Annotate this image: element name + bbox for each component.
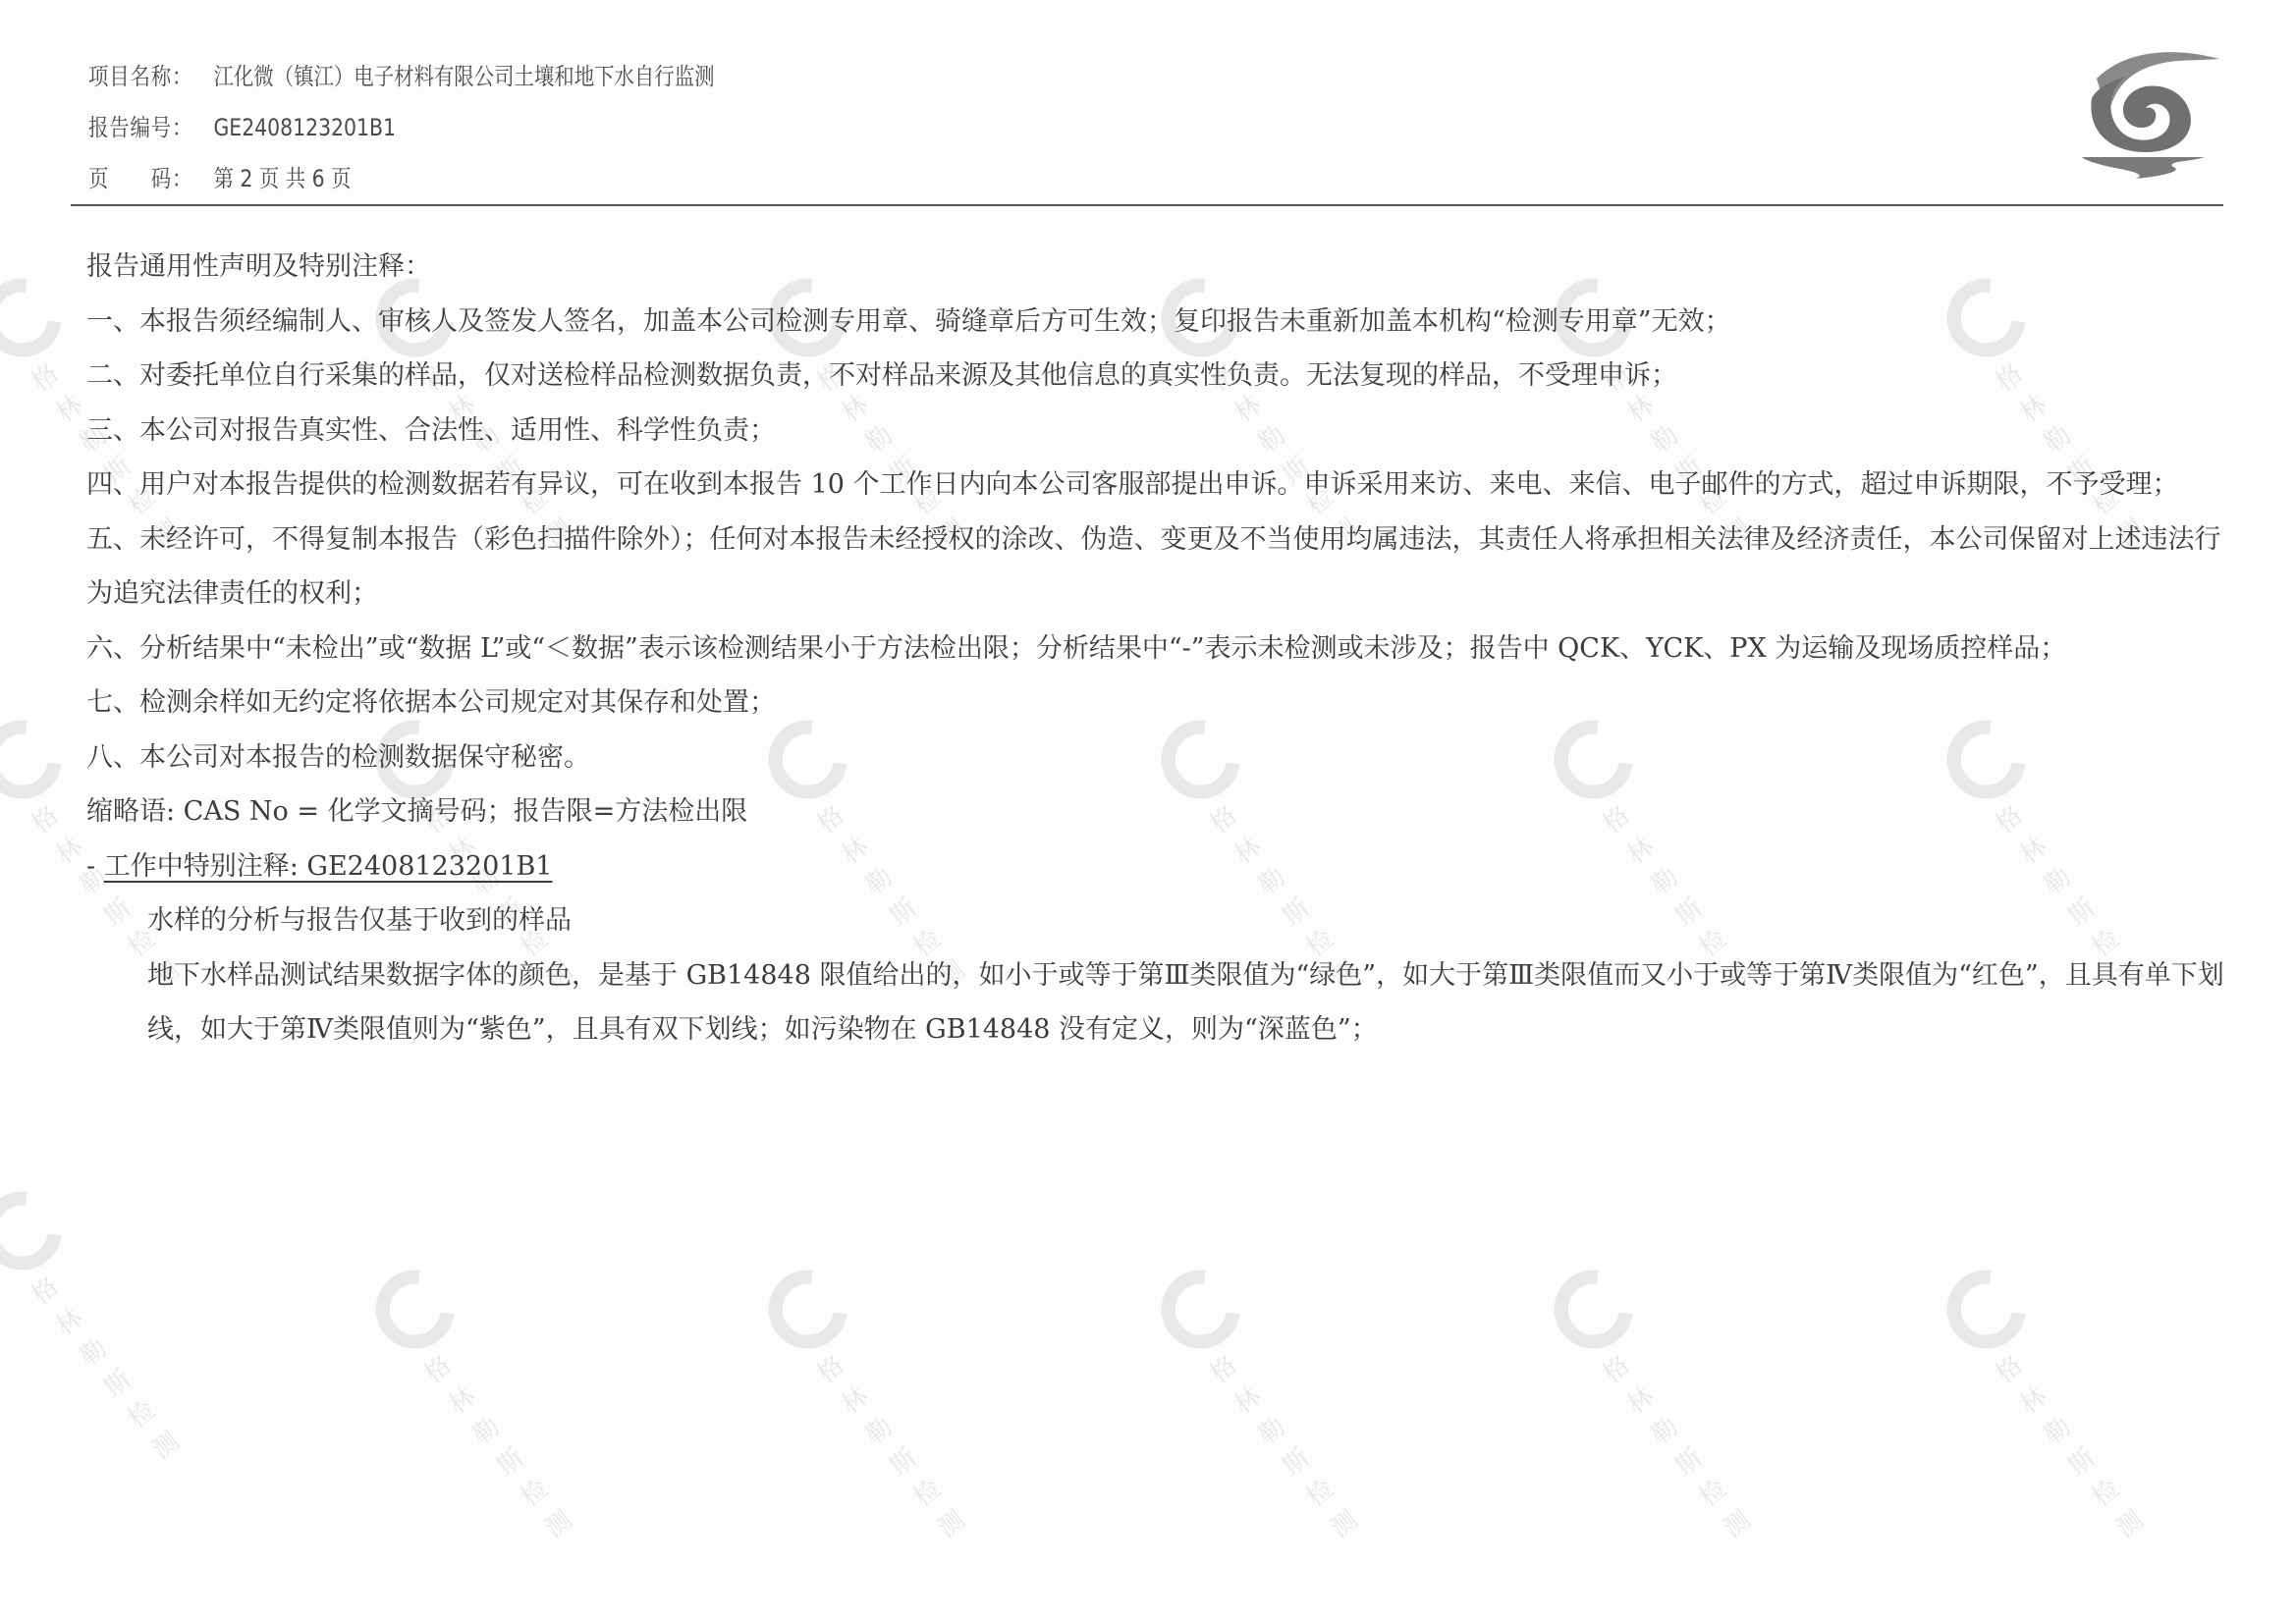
special-notes-title: 工作中特别注释: GE2408123201B1 [104,851,553,882]
statement-item: 二、对委托单位自行采集的样品，仅对送检样品检测数据负责，不对样品来源及其他信息的… [86,349,2227,404]
special-note-line: 水样的分析与报告仅基于收到的样品 [86,893,2227,948]
watermark: 格林勒斯检测 [360,1230,623,1520]
swirl-watermark-icon [0,704,78,814]
statement-item: 三、本公司对报告真实性、合法性、适用性、科学性负责； [86,404,2227,459]
report-number-label: 报告编号： [88,102,214,153]
swirl-watermark-icon [360,1254,470,1364]
statement-item: 七、检测余样如无约定将依据本公司规定对其保存和处置； [86,676,2227,730]
page-number-row: 页 码： 第 2 页 共 6 页 [88,153,1900,204]
watermark: 格林勒斯检测 [1539,1230,1801,1520]
abbreviation-note: 缩略语: CAS No = 化学文摘号码；报告限=方法检出限 [86,784,2227,839]
bullet-dash: - [86,851,95,882]
swirl-watermark-icon [753,1254,863,1364]
special-note-line: 地下水样品测试结果数据字体的颜色，是基于 GB14848 限值给出的，如小于或等… [86,948,2227,1057]
project-name-label: 项目名称： [88,51,214,102]
watermark: 格林勒斯检测 [1146,1230,1408,1520]
report-number-value: GE2408123201B1 [214,102,396,153]
statement-title: 报告通用性声明及特别注释： [86,240,2227,295]
report-header: 项目名称： 江化微（镇江）电子材料有限公司土壤和地下水自行监测 报告编号： GE… [88,51,2219,204]
watermark: 格林勒斯检测 [1932,1230,2194,1520]
statement-item: 五、未经许可，不得复制本报告（彩色扫描件除外）；任何对本报告未经授权的涂改、伪造… [86,513,2227,622]
statement-item: 六、分析结果中“未检出”或“数据 L”或“＜数据”表示该检测结果小于方法检出限；… [86,622,2227,676]
swirl-watermark-icon [0,1175,78,1285]
project-name-value: 江化微（镇江）电子材料有限公司土壤和地下水自行监测 [214,51,715,102]
watermark: 格林勒斯检测 [753,1230,1015,1520]
report-number-row: 报告编号： GE2408123201B1 [88,102,1900,153]
header-divider [71,204,2223,206]
page-number-label: 页 码： [88,153,214,204]
swirl-watermark-icon [1539,1254,1649,1364]
special-notes-heading: - 工作中特别注释: GE2408123201B1 [86,839,2227,894]
swirl-watermark-icon [0,262,78,372]
project-name-row: 项目名称： 江化微（镇江）电子材料有限公司土壤和地下水自行监测 [88,51,1900,102]
swirl-watermark-icon [1932,1254,2042,1364]
statement-item: 八、本公司对本报告的检测数据保守秘密。 [86,730,2227,785]
swirl-watermark-icon [1146,1254,1256,1364]
company-swirl-logo-icon [2057,39,2234,187]
watermark: 格林勒斯检测 [0,1152,229,1441]
statement-item: 四、用户对本报告提供的检测数据若有异议，可在收到本报告 10 个工作日内向本公司… [86,458,2227,513]
statement-item: 一、本报告须经编制人、审核人及签发人签名，加盖本公司检测专用章、骑缝章后方可生效… [86,295,2227,350]
statement-body: 报告通用性声明及特别注释： 一、本报告须经编制人、审核人及签发人签名，加盖本公司… [86,240,2227,1057]
page-number-value: 第 2 页 共 6 页 [214,153,352,204]
